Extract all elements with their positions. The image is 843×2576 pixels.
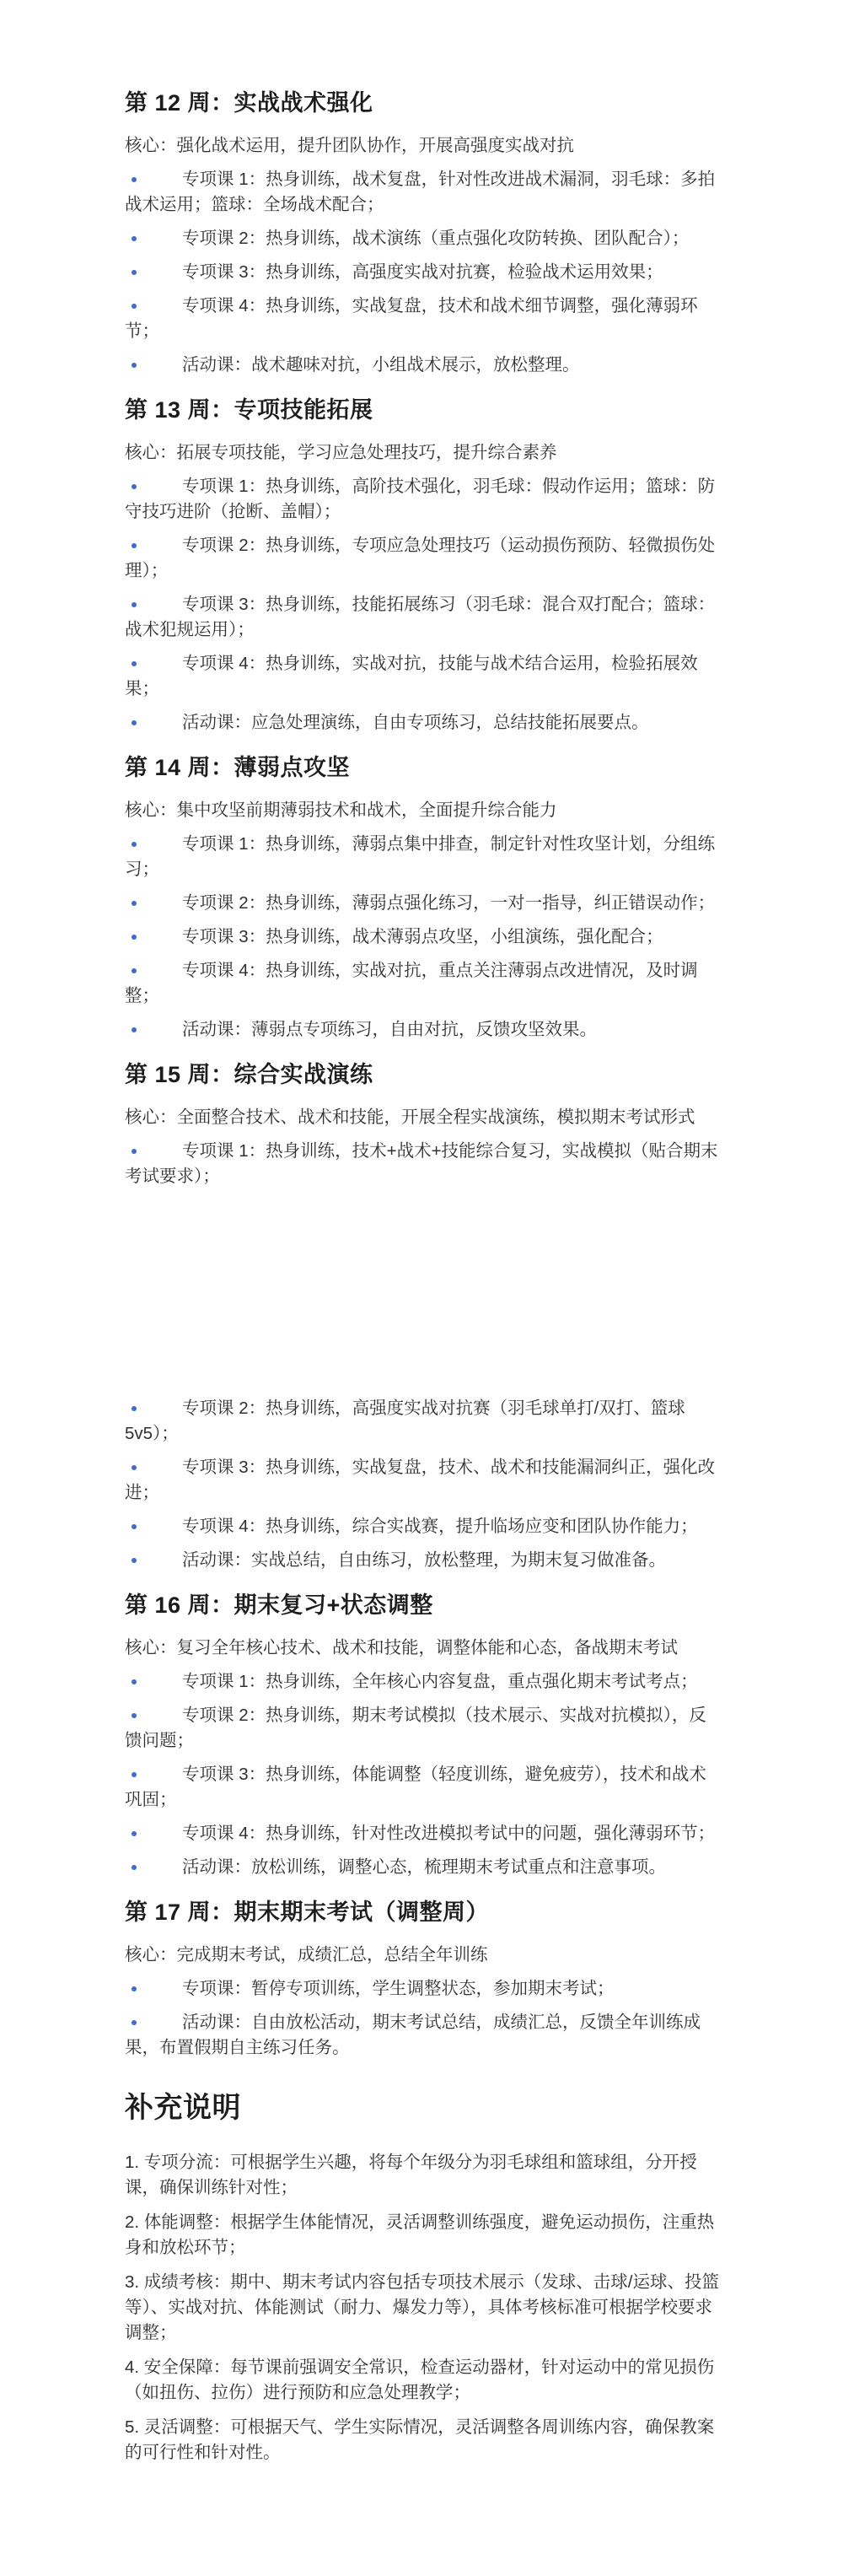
lesson-item-text: 专项课 3：热身训练，高强度实战对抗赛，检验战术运用效果； xyxy=(182,262,663,282)
week-heading: 第 14 周：薄弱点攻坚 xyxy=(125,752,721,783)
week-heading: 第 12 周：实战战术强化 xyxy=(125,88,721,118)
lesson-item-text: 专项课 4：热身训练，针对性改进模拟考试中的问题，强化薄弱环节； xyxy=(182,1824,715,1843)
bullet-icon xyxy=(132,304,137,309)
week-section: 第 12 周：实战战术强化 核心：强化战术运用，提升团队协作，开展高强度实战对抗… xyxy=(125,88,721,378)
lesson-item-text: 专项课 1：热身训练，技术+战术+技能综合复习，实战模拟（贴合期末考试要求）； xyxy=(125,1141,718,1186)
lesson-item: 专项课 1：热身训练，高阶技术强化，羽毛球：假动作运用；篮球：防守技巧进阶（抢断… xyxy=(125,474,721,525)
lesson-item: 专项课 4：热身训练，针对性改进模拟考试中的问题，强化薄弱环节； xyxy=(125,1821,721,1846)
bullet-icon xyxy=(132,661,137,666)
bullet-icon xyxy=(132,1772,137,1777)
lesson-item: 专项课 1：热身训练，战术复盘，针对性改进战术漏洞，羽毛球：多拍战术运用；篮球：… xyxy=(125,167,721,218)
lesson-item: 专项课 3：热身训练，高强度实战对抗赛，检验战术运用效果； xyxy=(125,260,721,285)
core-line: 核心：强化战术运用，提升团队协作，开展高强度实战对抗 xyxy=(125,133,721,159)
lesson-item-text: 专项课 2：热身训练，战术演练（重点强化攻防转换、团队配合）； xyxy=(182,229,689,248)
lesson-item-text: 专项课 3：热身训练，体能调整（轻度训练，避免疲劳），技术和战术巩固； xyxy=(125,1765,706,1809)
core-line: 核心：复习全年核心技术、战术和技能，调整体能和心态，备战期末考试 xyxy=(125,1636,721,1661)
bullet-icon xyxy=(132,236,137,241)
lesson-item-text: 活动课：应急处理演练，自由专项练习，总结技能拓展要点。 xyxy=(182,713,649,732)
lesson-item-text: 专项课 3：热身训练，战术薄弱点攻坚，小组演练，强化配合； xyxy=(182,927,663,946)
week-section: 第 13 周：专项技能拓展 核心：拓展专项技能，学习应急处理技巧，提升综合素养 … xyxy=(125,395,721,736)
bullet-icon xyxy=(132,1406,137,1411)
lesson-item: 专项课 2：热身训练，专项应急处理技巧（运动损伤预防、轻微损伤处理）； xyxy=(125,533,721,584)
bullet-icon xyxy=(132,842,137,847)
bullet-icon xyxy=(132,901,137,906)
lesson-item: 专项课 2：热身训练，高强度实战对抗赛（羽毛球单打/双打、篮球 5v5）； xyxy=(125,1396,721,1447)
lesson-item: 专项课 2：热身训练，期末考试模拟（技术展示、实战对抗模拟），反馈问题； xyxy=(125,1703,721,1754)
bullet-icon xyxy=(132,1679,137,1684)
lesson-item-text: 专项课 2：热身训练，高强度实战对抗赛（羽毛球单打/双打、篮球 5v5）； xyxy=(125,1398,685,1443)
bullet-icon xyxy=(132,1865,137,1870)
lesson-list: 专项课 1：热身训练，薄弱点集中排查，制定针对性攻坚计划，分组练习； 专项课 2… xyxy=(125,832,721,1043)
core-line: 核心：拓展专项技能，学习应急处理技巧，提升综合素养 xyxy=(125,440,721,466)
page-break-gap xyxy=(125,1198,721,1396)
lesson-item: 活动课：自由放松活动，期末考试总结，成绩汇总，反馈全年训练成果，布置假期自主练习… xyxy=(125,2010,721,2061)
bullet-icon xyxy=(132,1986,137,1991)
lesson-item: 专项课 1：热身训练，全年核心内容复盘，重点强化期末考试考点； xyxy=(125,1669,721,1695)
lesson-item-text: 专项课 1：热身训练，薄弱点集中排查，制定针对性攻坚计划，分组练习； xyxy=(125,834,715,879)
note-item: 3. 成绩考核：期中、期末考试内容包括专项技术展示（发球、击球/运球、投篮等）、… xyxy=(125,2270,721,2346)
lesson-item: 专项课 2：热身训练，薄弱点强化练习，一对一指导，纠正错误动作； xyxy=(125,891,721,916)
week-heading: 第 15 周：综合实战演练 xyxy=(125,1059,721,1090)
week-section: 第 16 周：期末复习+状态调整 核心：复习全年核心技术、战术和技能，调整体能和… xyxy=(125,1590,721,1880)
lesson-item-text: 专项课 2：热身训练，专项应急处理技巧（运动损伤预防、轻微损伤处理）； xyxy=(125,536,715,580)
lesson-item-text: 活动课：薄弱点专项练习，自由对抗，反馈攻坚效果。 xyxy=(182,1020,597,1039)
lesson-item-text: 专项课 4：热身训练，实战对抗，技能与战术结合运用，检验拓展效果； xyxy=(125,654,698,698)
lesson-item-text: 专项课 2：热身训练，薄弱点强化练习，一对一指导，纠正错误动作； xyxy=(182,893,715,913)
week-heading: 第 13 周：专项技能拓展 xyxy=(125,395,721,425)
week-section: 第 14 周：薄弱点攻坚 核心：集中攻坚前期薄弱技术和战术，全面提升综合能力 专… xyxy=(125,752,721,1043)
week-section: 第 17 周：期末期末考试（调整周） 核心：完成期末考试，成绩汇总，总结全年训练… xyxy=(125,1897,721,2061)
lesson-item: 专项课 3：热身训练，技能拓展练习（羽毛球：混合双打配合；篮球：战术犯规运用）； xyxy=(125,592,721,643)
lesson-item-text: 活动课：自由放松活动，期末考试总结，成绩汇总，反馈全年训练成果，布置假期自主练习… xyxy=(125,2013,701,2057)
lesson-item: 活动课：应急处理演练，自由专项练习，总结技能拓展要点。 xyxy=(125,710,721,736)
week-heading: 第 16 周：期末复习+状态调整 xyxy=(125,1590,721,1620)
core-line: 核心：完成期末考试，成绩汇总，总结全年训练 xyxy=(125,1943,721,1968)
bullet-icon xyxy=(132,1149,137,1154)
bullet-icon xyxy=(132,935,137,940)
bullet-icon xyxy=(132,1713,137,1718)
lesson-item: 专项课 1：热身训练，薄弱点集中排查，制定针对性攻坚计划，分组练习； xyxy=(125,832,721,882)
note-item: 4. 安全保障：每节课前强调安全常识，检查运动器材，针对运动中的常见损伤（如扭伤… xyxy=(125,2355,721,2406)
core-line: 核心：全面整合技术、战术和技能，开展全程实战演练，模拟期末考试形式 xyxy=(125,1105,721,1130)
lesson-item-text: 专项课 1：热身训练，高阶技术强化，羽毛球：假动作运用；篮球：防守技巧进阶（抢断… xyxy=(125,477,715,521)
note-item: 1. 专项分流：可根据学生兴趣，将每个年级分为羽毛球组和篮球组，分开授课，确保训… xyxy=(125,2150,721,2201)
document-page: 第 12 周：实战战术强化 核心：强化战术运用，提升团队协作，开展高强度实战对抗… xyxy=(0,0,843,2576)
bullet-icon xyxy=(132,484,137,489)
bullet-icon xyxy=(132,1027,137,1032)
bullet-icon xyxy=(132,1831,137,1836)
bullet-icon xyxy=(132,1558,137,1563)
bullet-icon xyxy=(132,270,137,275)
lesson-item-text: 专项课 4：热身训练，综合实战赛，提升临场应变和团队协作能力； xyxy=(182,1517,698,1536)
bullet-icon xyxy=(132,1465,137,1470)
bullet-icon xyxy=(132,363,137,368)
lesson-item: 专项课 1：热身训练，技术+战术+技能综合复习，实战模拟（贴合期末考试要求）； xyxy=(125,1139,721,1189)
lesson-item: 活动课：薄弱点专项练习，自由对抗，反馈攻坚效果。 xyxy=(125,1017,721,1043)
lesson-item: 专项课 3：热身训练，实战复盘，技术、战术和技能漏洞纠正，强化改进； xyxy=(125,1455,721,1506)
bullet-icon xyxy=(132,2020,137,2025)
lesson-item: 专项课 4：热身训练，实战复盘，技术和战术细节调整，强化薄弱环节； xyxy=(125,294,721,344)
lesson-item: 专项课：暂停专项训练，学生调整状态，参加期末考试； xyxy=(125,1976,721,2002)
lesson-item: 活动课：实战总结，自由练习，放松整理，为期末复习做准备。 xyxy=(125,1548,721,1573)
bullet-icon xyxy=(132,602,137,607)
core-line: 核心：集中攻坚前期薄弱技术和战术，全面提升综合能力 xyxy=(125,798,721,823)
lesson-item: 专项课 4：热身训练，实战对抗，重点关注薄弱点改进情况，及时调整； xyxy=(125,958,721,1009)
bullet-icon xyxy=(132,1524,137,1529)
week-section: 第 15 周：综合实战演练 核心：全面整合技术、战术和技能，开展全程实战演练，模… xyxy=(125,1059,721,1573)
note-item: 5. 灵活调整：可根据天气、学生实际情况，灵活调整各周训练内容，确保教案的可行性… xyxy=(125,2415,721,2466)
lesson-item: 专项课 4：热身训练，实战对抗，技能与战术结合运用，检验拓展效果； xyxy=(125,651,721,702)
document-body: { "document": { "sections": [ { "heading… xyxy=(0,0,843,2576)
lesson-item: 专项课 2：热身训练，战术演练（重点强化攻防转换、团队配合）； xyxy=(125,226,721,251)
lesson-list: 专项课 1：热身训练，全年核心内容复盘，重点强化期末考试考点； 专项课 2：热身… xyxy=(125,1669,721,1880)
week-heading: 第 17 周：期末期末考试（调整周） xyxy=(125,1897,721,1927)
lesson-item-text: 专项课 2：热身训练，期末考试模拟（技术展示、实战对抗模拟），反馈问题； xyxy=(125,1706,706,1750)
bullet-icon xyxy=(132,720,137,725)
note-item: 2. 体能调整：根据学生体能情况，灵活调整训练强度，避免运动损伤，注重热身和放松… xyxy=(125,2210,721,2261)
lesson-item-text: 活动课：放松训练，调整心态，梳理期末考试重点和注意事项。 xyxy=(182,1857,666,1877)
notes-list: 1. 专项分流：可根据学生兴趣，将每个年级分为羽毛球组和篮球组，分开授课，确保训… xyxy=(125,2150,721,2466)
lesson-list: 专项课 1：热身训练，战术复盘，针对性改进战术漏洞，羽毛球：多拍战术运用；篮球：… xyxy=(125,167,721,378)
lesson-item: 专项课 3：热身训练，体能调整（轻度训练，避免疲劳），技术和战术巩固； xyxy=(125,1762,721,1813)
lesson-list: 专项课 1：热身训练，高阶技术强化，羽毛球：假动作运用；篮球：防守技巧进阶（抢断… xyxy=(125,474,721,736)
lesson-item-text: 活动课：战术趣味对抗，小组战术展示，放松整理。 xyxy=(182,355,580,375)
weekly-plan: 第 12 周：实战战术强化 核心：强化战术运用，提升团队协作，开展高强度实战对抗… xyxy=(125,88,721,2061)
lesson-item: 专项课 3：热身训练，战术薄弱点攻坚，小组演练，强化配合； xyxy=(125,924,721,950)
lesson-item-text: 专项课 4：热身训练，实战对抗，重点关注薄弱点改进情况，及时调整； xyxy=(125,961,698,1005)
lesson-list: 专项课：暂停专项训练，学生调整状态，参加期末考试； 活动课：自由放松活动，期末考… xyxy=(125,1976,721,2061)
lesson-item-text: 专项课 4：热身训练，实战复盘，技术和战术细节调整，强化薄弱环节； xyxy=(125,296,698,341)
bullet-icon xyxy=(132,543,137,548)
lesson-item-text: 活动课：实战总结，自由练习，放松整理，为期末复习做准备。 xyxy=(182,1550,666,1570)
lesson-item-text: 专项课 3：热身训练，技能拓展练习（羽毛球：混合双打配合；篮球：战术犯规运用）； xyxy=(125,595,715,639)
bullet-icon xyxy=(132,177,137,182)
lesson-item-text: 专项课：暂停专项训练，学生调整状态，参加期末考试； xyxy=(182,1979,615,1998)
bullet-icon xyxy=(132,968,137,973)
lesson-item: 活动课：放松训练，调整心态，梳理期末考试重点和注意事项。 xyxy=(125,1855,721,1880)
lesson-item-text: 专项课 1：热身训练，全年核心内容复盘，重点强化期末考试考点； xyxy=(182,1672,698,1691)
lesson-item-text: 专项课 1：热身训练，战术复盘，针对性改进战术漏洞，羽毛球：多拍战术运用；篮球：… xyxy=(125,170,715,214)
lesson-item: 活动课：战术趣味对抗，小组战术展示，放松整理。 xyxy=(125,353,721,378)
notes-heading: 补充说明 xyxy=(125,2089,721,2126)
lesson-list: 专项课 1：热身训练，技术+战术+技能综合复习，实战模拟（贴合期末考试要求）； … xyxy=(125,1139,721,1573)
lesson-item: 专项课 4：热身训练，综合实战赛，提升临场应变和团队协作能力； xyxy=(125,1514,721,1539)
lesson-item-text: 专项课 3：热身训练，实战复盘，技术、战术和技能漏洞纠正，强化改进； xyxy=(125,1458,715,1502)
